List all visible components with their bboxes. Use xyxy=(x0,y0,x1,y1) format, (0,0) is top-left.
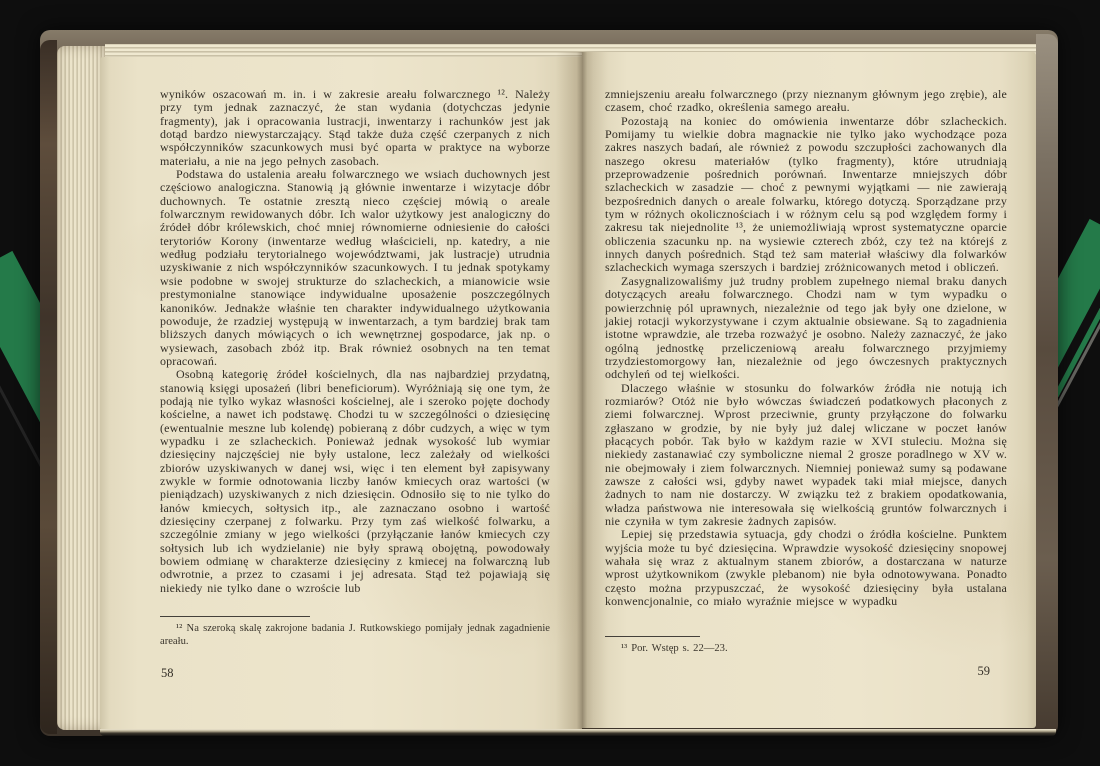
page-number: 59 xyxy=(605,664,990,679)
page-bottom-edges xyxy=(100,729,1056,736)
paragraph: Zasygnalizowaliśmy już trudny problem zu… xyxy=(605,275,1007,382)
footnote-rule xyxy=(605,636,700,637)
gutter-shadow xyxy=(556,52,608,730)
page-edge-stack-left xyxy=(57,46,105,730)
page-number: 58 xyxy=(161,666,174,681)
footnote-rule xyxy=(160,616,310,617)
footnote: ¹² Na szeroką skalę zakrojone badania J.… xyxy=(160,616,550,648)
footnote-text: ¹² Na szeroką skalę zakrojone badania J.… xyxy=(160,623,550,648)
paragraph: Pozostają na koniec do omówienia inwenta… xyxy=(605,115,1007,275)
paragraph: wyników oszacowań m. in. i w zakresie ar… xyxy=(160,88,550,168)
paragraph: Podstawa do ustalenia areału folwarczneg… xyxy=(160,168,550,368)
paragraph: zmniejszeniu areału folwarcznego (przy n… xyxy=(605,88,1007,115)
book-scan: wyników oszacowań m. in. i w zakresie ar… xyxy=(0,0,1100,766)
footnote-text: ¹³ Por. Wstęp s. 22—23. xyxy=(605,643,1007,656)
paragraph: Osobną kategorię źródeł kościelnych, dla… xyxy=(160,368,550,595)
left-page-text: wyników oszacowań m. in. i w zakresie ar… xyxy=(160,88,550,595)
paragraph: Dlaczego właśnie w stosunku do folwarków… xyxy=(605,382,1007,529)
book-cover-left-edge xyxy=(40,40,57,734)
book-cover-right-edge xyxy=(1036,34,1058,734)
paragraph: Lepiej się przedstawia sytuacja, gdy cho… xyxy=(605,528,1007,608)
right-page-text: zmniejszeniu areału folwarcznego (przy n… xyxy=(605,88,1007,608)
footnote: ¹³ Por. Wstęp s. 22—23. xyxy=(605,636,1007,656)
